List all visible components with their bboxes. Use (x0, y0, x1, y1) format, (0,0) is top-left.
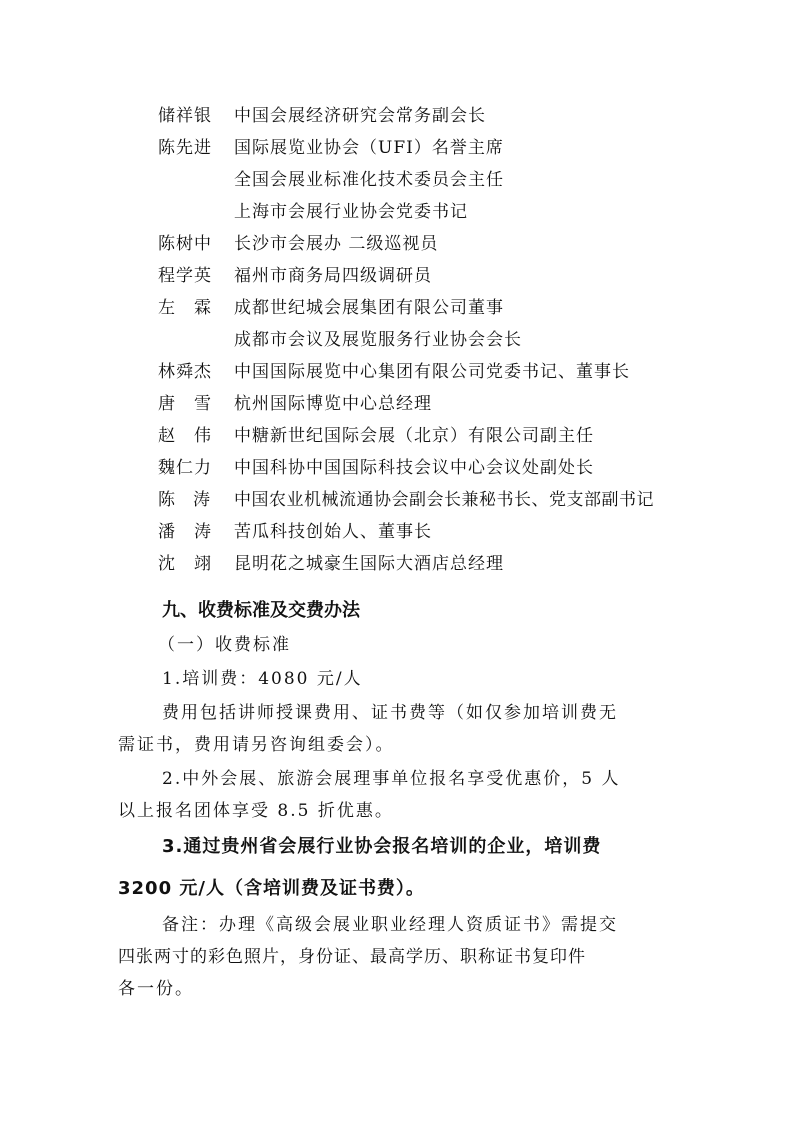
member-name: 林舜杰 (158, 357, 226, 387)
member-title: 上海市会展行业协会党委书记 (234, 197, 468, 227)
section-heading: 九、收费标准及交费办法 (162, 596, 360, 626)
fee-item-1-note: 费用包括讲师授课费用、证书费等（如仅参加培训费无 (162, 698, 618, 728)
remark: 备注：办理《高级会展业职业经理人资质证书》需提交 (162, 910, 618, 940)
document-page: 储祥银 中国会展经济研究会常务副会长 陈先进 国际展览业协会（UFI）名誉主席 … (0, 0, 794, 1123)
member-title: 昆明花之城豪生国际大酒店总经理 (234, 549, 504, 579)
member-name: 唐 雪 (158, 389, 226, 419)
fee-item-2-cont: 以上报名团体享受 8.5 折优惠。 (118, 796, 394, 826)
member-name: 左 霖 (158, 293, 226, 323)
member-name: 潘 涛 (158, 517, 226, 547)
member-title: 苦瓜科技创始人、董事长 (234, 517, 432, 547)
member-name: 沈 翊 (158, 549, 226, 579)
member-title: 福州市商务局四级调研员 (234, 261, 432, 291)
member-name: 陈先进 (158, 133, 226, 163)
member-name: 陈树中 (158, 229, 226, 259)
member-name: 程学英 (158, 261, 226, 291)
member-title: 长沙市会展办 二级巡视员 (234, 229, 438, 259)
member-name: 赵 伟 (158, 421, 226, 451)
member-title: 中国科协中国国际科技会议中心会议处副处长 (234, 453, 594, 483)
member-title: 成都世纪城会展集团有限公司董事 (234, 293, 504, 323)
fee-item-1-note-cont: 需证书，费用请另咨询组委会）。 (118, 730, 395, 760)
fee-item-1: 1.培训费：4080 元/人 (162, 664, 363, 694)
remark-cont: 四张两寸的彩色照片，身份证、最高学历、职称证书复印件 (118, 942, 586, 972)
member-title: 中国农业机械流通协会副会长兼秘书长、党支部副书记 (234, 485, 654, 515)
member-title: 中糖新世纪国际会展（北京）有限公司副主任 (234, 421, 594, 451)
member-title: 成都市会议及展览服务行业协会会长 (234, 325, 522, 355)
member-title: 全国会展业标准化技术委员会主任 (234, 165, 504, 195)
member-name: 魏仁力 (158, 453, 226, 483)
member-name: 陈 涛 (158, 485, 226, 515)
fee-item-3-cont: 3200 元/人（含培训费及证书费）。 (118, 874, 425, 904)
member-title: 杭州国际博览中心总经理 (234, 389, 432, 419)
member-title: 中国会展经济研究会常务副会长 (234, 101, 486, 131)
fee-item-3: 3.通过贵州省会展行业协会报名培训的企业，培训费 (162, 832, 601, 862)
member-title: 国际展览业协会（UFI）名誉主席 (234, 133, 504, 163)
member-name: 储祥银 (158, 101, 226, 131)
member-title: 中国国际展览中心集团有限公司党委书记、董事长 (234, 357, 630, 387)
remark-cont-2: 各一份。 (118, 974, 194, 1004)
subheading: （一）收费标准 (158, 630, 291, 660)
fee-item-2: 2.中外会展、旅游会展理事单位报名享受优惠价，5 人 (162, 764, 620, 794)
